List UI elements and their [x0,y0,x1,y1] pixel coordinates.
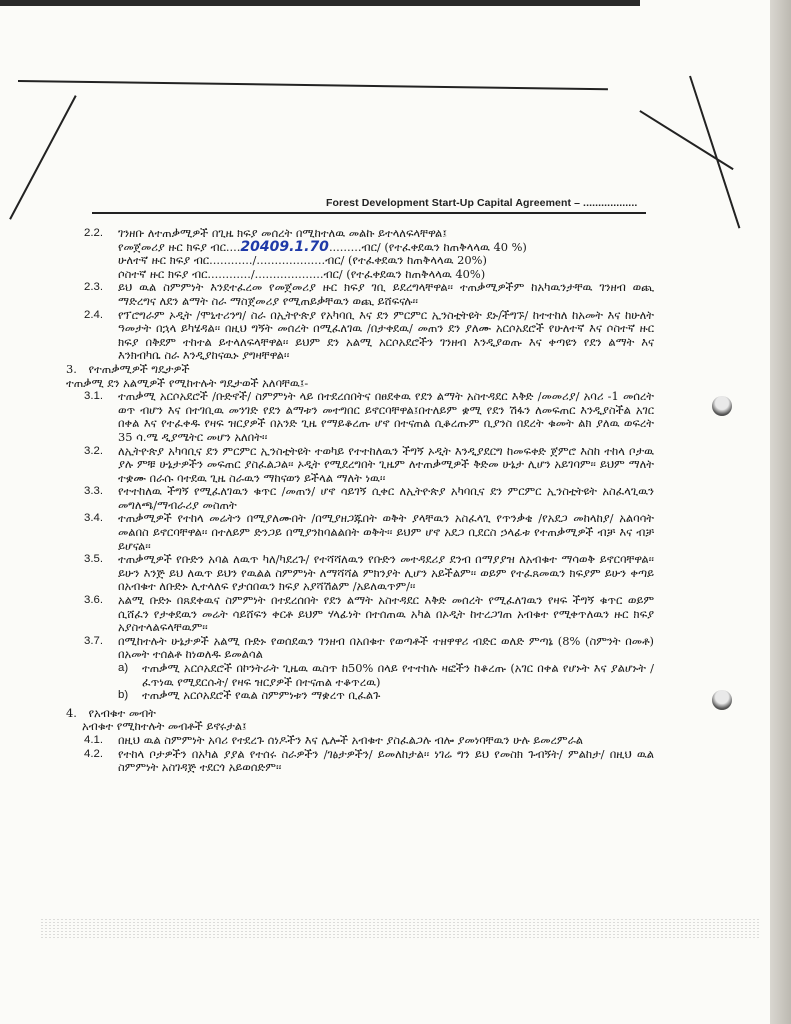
document-body: 2.2. ገንዘቡ ለተጠቃሚዎች በጊዜ ክፍያ መሰረት በሚከተለዉ መል… [84,227,654,775]
clause-text: ተጠቃሚ አርሶአደሮች /ቡድኖች/ ስምምነት ላይ በተደረሰበትና በፀ… [118,390,654,444]
clause-text: ተጠቃሚዎች የቡድን አባል ለዉጥ ካለ/ካደረጉ/ የተሻሻለዉን የቡድ… [118,553,654,594]
crease-line [689,76,740,229]
payment-round-3: ሶስተኛ ዙር ክፍያ ብር............/.............… [118,268,654,282]
payment-round-1-label: የመጀመሪያ ዙር ክፍያ ብር.... [118,240,240,254]
clause-number: 2.3. [84,281,103,295]
clause-text: ገንዘቡ ለተጠቃሚዎች በጊዜ ክፍያ መሰረት በሚከተለዉ መልኩ ይተላ… [118,227,654,241]
sub-clause-text: ተጠቃሚ አርሶአደሮች የዉል ስምምነቱን ማቋረጥ ቢፈልጉ [142,689,654,703]
payment-round-1-tail: .........ብር/ (የተፈቀደዉን ከጠቅላላዉ 40 %) [329,240,527,254]
section-3-clause: 3.1.ተጠቃሚ አርሶአደሮች /ቡድኖች/ ስምምነት ላይ በተደረሰበት… [84,390,654,444]
clause-text: ለኢትዮጵያ አካባቢና ደን ምርምር ኢንስቲትዩት ተወካይ የተተከለዉ… [118,445,654,486]
clause-number: 4.2. [84,748,103,762]
document-header-title: Forest Development Start-Up Capital Agre… [326,197,637,209]
sub-clause-text: ተጠቃሚ አርሶአደሮች በኮንትራት ጊዜዉ ዉስጥ ከ50% በላይ የተተ… [142,662,654,689]
scan-top-edge [0,0,640,6]
section-number: 3. [66,362,77,376]
crease-line [18,80,608,90]
clause-2-2: 2.2. ገንዘቡ ለተጠቃሚዎች በጊዜ ክፍያ መሰረት በሚከተለዉ መል… [84,227,654,281]
sub-clause-letter: b) [118,689,128,703]
section-3-clause: 3.7.በሚከተሉት ሁኔታዎች አልሚ ቡድኑ የወሰደዉን ገንዘብ በአበ… [84,635,654,662]
scan-noise [40,918,760,940]
section-title: የአብቁተ መብት [89,706,156,720]
section-3-heading: 3. የተጠቃሚዎች ግዴታዎች [66,363,654,377]
clause-number: 3.7. [84,635,103,649]
section-3-intro: ተጠቃሚ ደን አልሚዎች የሚከተሉት ግዴታወች አለባቸዉ፤- [66,377,654,391]
crease-line [640,110,734,170]
sub-clause: b)ተጠቃሚ አርሶአደሮች የዉል ስምምነቱን ማቋረጥ ቢፈልጉ [84,689,654,703]
clause-text: አልሚ ቡድኑ በጸደቀዉና ስምምነት በተደረሰበት የደን ልማት አስተ… [118,594,654,635]
section-title: የተጠቃሚዎች ግዴታዎች [89,362,190,376]
sub-clause-letter: a) [118,662,128,676]
section-3-clause: 3.2.ለኢትዮጵያ አካባቢና ደን ምርምር ኢንስቲትዩት ተወካይ የተ… [84,445,654,486]
crease-line [10,95,77,219]
section-3-clause: 3.3.የተተከለዉ ችግኝ የሚፈለገዉን ቁጥር /መጠን/ ሆኖ ሳይገኝ… [84,485,654,512]
clause-number: 2.2. [84,227,103,241]
clause-number: 3.1. [84,390,103,404]
clause-text: የተከላ ቦታዎችን በአካል ያያል የተሰሩ ስራዎችን /ገፅታዎችን/ … [118,748,654,775]
clause-number: 3.6. [84,594,103,608]
section-4-heading: 4. የአብቁተ መብት [66,707,654,721]
payment-round-2: ሁለተኛ ዙር ክፍያ ብር............/.............… [118,254,654,268]
sub-clause: a)ተጠቃሚ አርሶአደሮች በኮንትራት ጊዜዉ ዉስጥ ከ50% በላይ የ… [84,662,654,689]
clause-number: 2.4. [84,309,103,323]
clause-number: 4.1. [84,734,103,748]
clause-number: 3.5. [84,553,103,567]
clause-text: በሚከተሉት ሁኔታዎች አልሚ ቡድኑ የወሰደዉን ገንዘብ በአበቁተ የ… [118,635,654,662]
section-4-clause: 4.2.የተከላ ቦታዎችን በአካል ያያል የተሰሩ ስራዎችን /ገፅታዎ… [84,748,654,775]
section-number: 4. [66,706,77,720]
scanned-page: Forest Development Start-Up Capital Agre… [0,0,770,1024]
section-4-clauses: 4.1.በዚህ ዉል ስምምነት አባሪ የተደረጉ ሰነዶችን እና ሌሎች … [84,734,654,775]
section-3-clause: 3.4.ተጠቃሚዎች የተከላ መሬትን በሚያለሙበት /በሚያዘጋጁበት ወ… [84,512,654,553]
payment-round-1: የመጀመሪያ ዙር ክፍያ ብር....20409.1.70.........ብ… [118,241,654,255]
section-4-intro: አብቁተ የሚከተሉት መብቶች ይኖሩታል፤ [82,720,654,734]
clause-text: ይህ ዉል ስምምነት እንደተፈረመ የመጀመሪያ ዙር ክፍያ ገቢ ይደረ… [118,281,654,308]
section-3-clause: 3.6.አልሚ ቡድኑ በጸደቀዉና ስምምነት በተደረሰበት የደን ልማት… [84,594,654,635]
clause-number: 3.3. [84,485,103,499]
section-3-clause: 3.5.ተጠቃሚዎች የቡድን አባል ለዉጥ ካለ/ካደረጉ/ የተሻሻለዉን… [84,553,654,594]
clause-number: 3.2. [84,445,103,459]
clause-2-3: 2.3. ይህ ዉል ስምምነት እንደተፈረመ የመጀመሪያ ዙር ክፍያ ገ… [84,281,654,308]
clause-text: የፕሮግራም ኦዲት /ሞኒተሪንግ/ ስራ በኢትዮጵያ የአካባቢ እና ደ… [118,309,654,363]
clause-number: 3.4. [84,512,103,526]
clause-2-4: 2.4. የፕሮግራም ኦዲት /ሞኒተሪንግ/ ስራ በኢትዮጵያ የአካባቢ… [84,309,654,363]
clause-text: በዚህ ዉል ስምምነት አባሪ የተደረጉ ሰነዶችን እና ሌሎች አብቁተ… [118,734,654,748]
punch-hole [712,690,732,710]
section-3-clauses: 3.1.ተጠቃሚ አርሶአደሮች /ቡድኖች/ ስምምነት ላይ በተደረሰበት… [84,390,654,703]
clause-text: ተጠቃሚዎች የተከላ መሬትን በሚያለሙበት /በሚያዘጋጁበት ወቅት ያ… [118,512,654,553]
clause-text: የተተከለዉ ችግኝ የሚፈለገዉን ቁጥር /መጠን/ ሆኖ ሳይገኝ ሲቀር… [118,485,654,512]
punch-hole [712,396,732,416]
section-4-clause: 4.1.በዚህ ዉል ስምምነት አባሪ የተደረጉ ሰነዶችን እና ሌሎች … [84,734,654,748]
header-rule [92,212,646,214]
handwritten-amount: 20409.1.70 [240,239,329,255]
